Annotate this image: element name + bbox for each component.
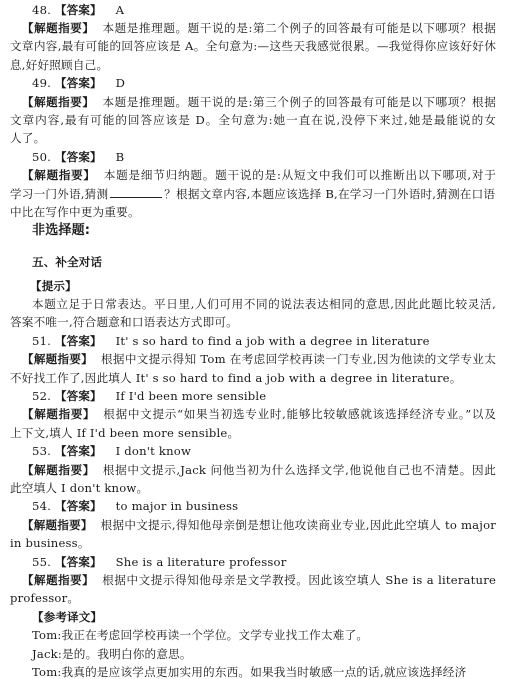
guide-label: 【解题指要】	[22, 352, 93, 366]
guide-text: 本题是推理题。题干说的是:第三个例子的回答最有可能是以下哪项？根据	[102, 95, 496, 109]
section-title: 非选择题:	[32, 224, 496, 238]
guide-line: 【解题指要】根据中文提示,得知他母亲倒是想让他攻读商业专业,因此此空填人 to …	[22, 518, 496, 532]
translation-text: Jack:是的。我明白你的意思。	[32, 647, 496, 661]
guide-line: 【解题指要】本题是细节归纳题。题干说的是:从短文中我们可以推断出以下哪项,对于	[22, 168, 496, 182]
translation-label: 【参考译文】	[32, 610, 102, 624]
fill-blank	[110, 187, 162, 198]
answer-line-52: 52. 【答案】 If I'd been more sensible	[32, 389, 496, 403]
guide-text: 根据中文提示,Jack 问他当初为什么选择文学,他说他自己也不清楚。因此	[103, 463, 496, 477]
question-number: 54.	[32, 499, 51, 513]
guide-line: 学习一门外语,猜测？根据文章内容,本题应该选择 B,在学习一门外语时,猜测在口语	[10, 187, 496, 201]
answer-line-48: 48. 【答案】 A	[32, 3, 496, 17]
answer-value: She is a literature professor	[116, 555, 287, 569]
guide-label: 【解题指要】	[22, 463, 95, 477]
question-number: 52.	[32, 389, 51, 403]
guide-label: 【解题指要】	[22, 407, 95, 421]
guide-line: 【解题指要】本题是推理题。题干说的是:第二个例子的回答最有可能是以下哪项？根据	[22, 21, 496, 35]
question-number: 51.	[32, 334, 51, 348]
guide-label: 【解题指要】	[22, 518, 93, 532]
answer-label: 【答案】	[55, 334, 102, 348]
answer-value: to major in business	[116, 499, 239, 513]
answer-line-51: 51. 【答案】 It' s so hard to find a job wit…	[32, 334, 496, 348]
answer-label: 【答案】	[55, 76, 102, 90]
guide-text: 人了。	[10, 131, 496, 145]
guide-line: 【解题指要】根据中文提示得知他母亲是文学教授。因此该空填人 She is a l…	[22, 573, 496, 587]
question-number: 53.	[32, 444, 51, 458]
hint-label: 【提示】	[30, 279, 77, 293]
guide-text: 学习一门外语,猜测	[10, 187, 108, 201]
answer-label: 【答案】	[55, 444, 102, 458]
answer-line-54: 54. 【答案】 to major in business	[32, 499, 496, 513]
guide-text: 本题是细节归纳题。题干说的是:从短文中我们可以推断出以下哪项,对于	[104, 168, 496, 182]
guide-text: 息,好好照顾自己。	[10, 58, 496, 72]
answer-value: B	[116, 150, 125, 164]
translation-text: Tom:我真的是应该学点更加实用的东西。如果我当时敏感一点的话,就应该选择经济	[32, 665, 496, 679]
guide-text: 上下文,填人 If I'd been more sensible。	[10, 426, 496, 440]
answer-label: 【答案】	[55, 499, 102, 513]
guide-text: 根据中文提示,得知他母亲倒是想让他攻读商业专业,因此此空填人 to major	[101, 518, 496, 532]
answer-line-50: 50. 【答案】 B	[32, 150, 496, 164]
guide-label: 【解题指要】	[22, 21, 94, 35]
answer-line-53: 53. 【答案】 I don't know	[32, 444, 496, 458]
hint-text: 本题立足于日常表达。平日里,人们可用不同的说法表达相同的意思,因此此题比较灵活,	[32, 297, 496, 311]
guide-line: 【解题指要】本题是推理题。题干说的是:第三个例子的回答最有可能是以下哪项？根据	[22, 95, 496, 109]
answer-value: I don't know	[116, 444, 191, 458]
guide-text: ？根据文章内容,本题应该选择 B,在学习一门外语时,猜测在口语	[164, 187, 495, 201]
answer-label: 【答案】	[55, 3, 102, 17]
question-number: 55.	[32, 555, 51, 569]
answer-value: It' s so hard to find a job with a degre…	[116, 334, 430, 348]
guide-label: 【解题指要】	[22, 573, 94, 587]
guide-text: 本题是推理题。题干说的是:第二个例子的回答最有可能是以下哪项？根据	[102, 21, 496, 35]
question-number: 48.	[32, 3, 51, 17]
guide-line: 【解题指要】根据中文提示“如果当初选专业时,能够比较敏感就该选择经济专业。”以及	[22, 407, 496, 421]
guide-text: 根据中文提示得知 Tom 在考虑回学校再读一门专业,因为他读的文学专业太	[101, 352, 496, 366]
guide-text: professor。	[10, 591, 496, 605]
hint-label-line: 【提示】	[30, 279, 494, 293]
guide-text: 中比在写作中更为重要。	[10, 205, 496, 219]
guide-text: 不好找工作了,因此填人 It' s so hard to find a job …	[10, 371, 496, 385]
question-number: 50.	[32, 150, 51, 164]
translation-label-line: 【参考译文】	[32, 610, 496, 624]
translation-text: Tom:我正在考虑回学校再读一个学位。文学专业找工作太难了。	[32, 628, 496, 642]
guide-text: 根据中文提示得知他母亲是文学教授。因此该空填人 She is a literat…	[102, 573, 496, 587]
guide-text: 文章内容,最有可能的回答应该是 D。全句意为:她一直在说,没停下来过,她是最能说…	[10, 113, 496, 127]
guide-label: 【解题指要】	[22, 95, 94, 109]
answer-value: If I'd been more sensible	[116, 389, 267, 403]
answer-line-55: 55. 【答案】 She is a literature professor	[32, 555, 496, 569]
question-number: 49.	[32, 76, 51, 90]
subsection-title: 五、补全对话	[32, 255, 496, 269]
answer-label: 【答案】	[55, 150, 102, 164]
answer-value: A	[116, 3, 125, 17]
guide-line: 【解题指要】根据中文提示,Jack 问他当初为什么选择文学,他说他自己也不清楚。…	[22, 463, 496, 477]
guide-line: 【解题指要】根据中文提示得知 Tom 在考虑回学校再读一门专业,因为他读的文学专…	[22, 352, 496, 366]
guide-text: 文章内容,最有可能的回答应该是 A。全句意为:—这些天我感觉很累。—我觉得你应该…	[10, 39, 496, 53]
answer-value: D	[116, 76, 126, 90]
answer-label: 【答案】	[55, 555, 102, 569]
guide-text: 根据中文提示“如果当初选专业时,能够比较敏感就该选择经济专业。”以及	[103, 407, 496, 421]
guide-text: 此空填人 I don't know。	[10, 481, 496, 495]
answer-line-49: 49. 【答案】 D	[32, 76, 496, 90]
guide-label: 【解题指要】	[22, 168, 96, 182]
answer-label: 【答案】	[55, 389, 102, 403]
guide-text: in business。	[10, 536, 496, 550]
hint-text: 答案不唯一,符合题意和口语表达方式即可。	[10, 315, 496, 329]
